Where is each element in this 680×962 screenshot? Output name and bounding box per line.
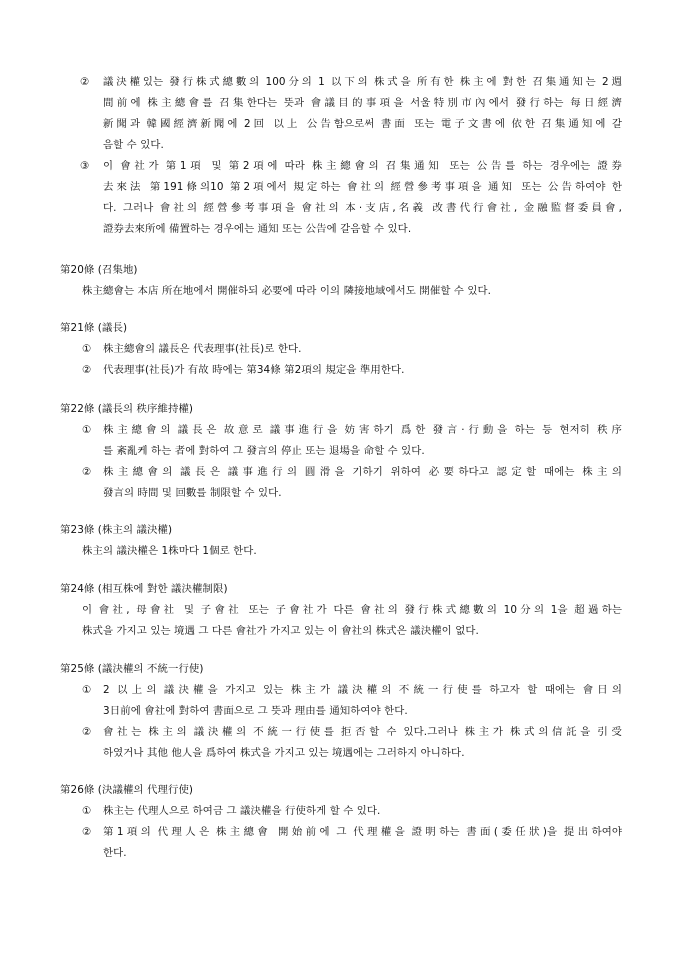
clause-marker: ① xyxy=(82,423,91,437)
clause-marker: ② xyxy=(82,725,91,739)
clause-text-line: 間前에 株主總會를 召集한다는 뜻과 會議目的事項을 서울特別市內에서 發行하는… xyxy=(103,96,622,110)
clause-text-line: 證券去來所에 備置하는 경우에는 通知 또는 公告에 갈음할 수 있다. xyxy=(103,222,411,236)
clause-text-line: 株主總會의 議長은 議事進行의 圓滑을 기하기 위하여 必要하다고 認定할 때에… xyxy=(103,465,622,479)
clause-text-line: 去來法 第191條의10 第2項에서 規定하는 會社의 經營參考事項을 通知 또… xyxy=(103,180,622,194)
clause-text-line: 會社는 株主의 議決權의 不統一行使를 拒否할 수 있다.그러나 株主가 株式의… xyxy=(103,725,622,739)
article-body-line: 이 會社, 母會社 및 子會社 또는 子會社가 다른 會社의 發行株式總數의 1… xyxy=(82,603,622,617)
clause-text-line: 代表理事(社長)가 有故 時에는 第34條 第2項의 規定을 準用한다. xyxy=(103,363,405,377)
article-heading: 第22條 (議長의 秩序維持權) xyxy=(60,402,193,416)
clause-text-line: 株主總會의 議長은 故意로 議事進行을 妨害하기 爲한 發言·行動을 하는 등 … xyxy=(103,423,622,437)
clause-text-line: 하였거나 其他 他人을 爲하여 株式을 가지고 있는 境遇에는 그러하지 아니하… xyxy=(103,746,465,760)
clause-text-line: 株主總會의 議長은 代表理事(社長)로 한다. xyxy=(103,342,302,356)
clause-marker: ① xyxy=(82,804,91,818)
clause-marker: ② xyxy=(82,363,91,377)
clause-marker: ① xyxy=(82,683,91,697)
clause-text-line: 를 紊亂케 하는 者에 對하여 그 發言의 停止 또는 退場을 命할 수 있다. xyxy=(103,444,425,458)
clause-text-line: 3日前에 會社에 對하여 書面으로 그 뜻과 理由를 通知하여야 한다. xyxy=(103,704,408,718)
clause-text-line: 議決權있는 發行株式總數의 100分의 1 以下의 株式을 所有한 株主에 對한… xyxy=(103,75,622,89)
clause-marker: ② xyxy=(82,825,91,839)
clause-text-line: 發言의 時間 및 回數를 制限할 수 있다. xyxy=(103,486,282,500)
clause-marker: ③ xyxy=(80,159,89,173)
article-body-line: 株式을 가지고 있는 境遇 그 다른 會社가 가지고 있는 이 會社의 株式은 … xyxy=(82,624,479,638)
article-heading: 第20條 (召集地) xyxy=(60,263,138,277)
clause-text-line: 음할 수 있다. xyxy=(103,138,164,152)
article-heading: 第24條 (相互株에 對한 議決權制限) xyxy=(60,582,228,596)
clause-text-line: 이 會社가 第1項 및 第2項에 따라 株主總會의 召集通知 또는 公告를 하는… xyxy=(103,159,622,173)
clause-marker: ① xyxy=(82,342,91,356)
clause-text-line: 第1項의 代理人은 株主總會 開始前에 그 代理權을 證明하는 書面(委任狀)을… xyxy=(103,825,622,839)
clause-marker: ② xyxy=(82,465,91,479)
article-heading: 第23條 (株主의 議決權) xyxy=(60,523,172,537)
clause-text-line: 한다. xyxy=(103,846,127,860)
clause-text-line: 2 以上의 議決權을 가지고 있는 株主가 議決權의 不統一行使를 하고자 할 … xyxy=(103,683,622,697)
article-body-line: 株主總會는 本店 所在地에서 開催하되 必要에 따라 이의 隣接地域에서도 開催… xyxy=(82,284,491,298)
clause-marker: ② xyxy=(80,75,89,89)
clause-text-line: 株主는 代理人으로 하여금 그 議決權을 行使하게 할 수 있다. xyxy=(103,804,380,818)
document-page: ② 議決權있는 發行株式總數의 100分의 1 以下의 株式을 所有한 株主에 … xyxy=(0,0,680,962)
article-heading: 第21條 (議長) xyxy=(60,321,127,335)
clause-text-line: 다. 그러나 會社의 經營參考事項을 會社의 本·支店,名義 改書代行會社, 金… xyxy=(103,201,622,215)
clause-text-line: 新聞과 韓國經濟新聞에 2回 以上 公告함으로써 書面 또는 電子文書에 依한 … xyxy=(103,117,622,131)
article-heading: 第25條 (議決權의 不統一行使) xyxy=(60,662,204,676)
article-heading: 第26條 (決議權의 代理行使) xyxy=(60,783,193,797)
article-body-line: 株主의 議決權은 1株마다 1個로 한다. xyxy=(82,544,257,558)
